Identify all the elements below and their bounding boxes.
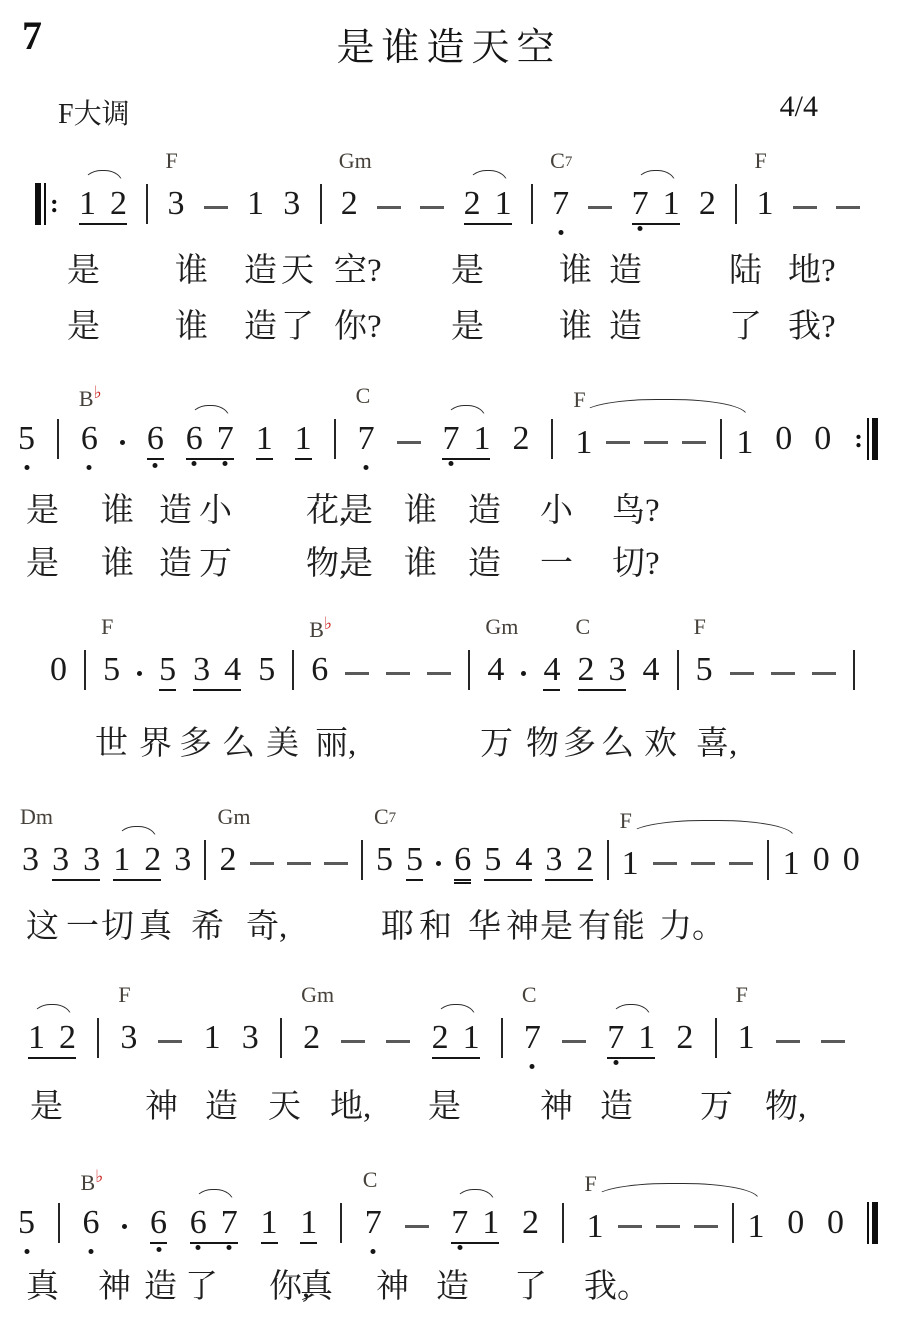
chord-label: F <box>754 150 766 172</box>
lyric-syllable: 造 <box>244 252 277 292</box>
slur-arc <box>455 1189 495 1203</box>
note-digit: 1 <box>247 185 264 222</box>
note-digit: 6 <box>311 651 328 688</box>
note-digit: 3 <box>283 185 300 222</box>
note-digit: 0 <box>775 420 792 457</box>
lyric-line-3: 是谁造小花,是谁造小鸟? <box>0 492 898 536</box>
lyric-syllable: 你? <box>334 308 382 348</box>
note: 4 <box>224 653 241 687</box>
beam-group: 34 <box>193 653 241 691</box>
note: 2Gm <box>219 843 236 881</box>
barline <box>551 419 553 459</box>
barline <box>146 184 148 224</box>
slur-arc <box>636 170 676 184</box>
note-digit: 2 <box>432 1019 449 1056</box>
note-digit: 1 <box>663 185 680 222</box>
note-digit: 5 <box>258 651 275 688</box>
lyric-syllable: 万 <box>480 725 513 765</box>
lyric-syllable: 神 <box>98 1268 131 1308</box>
beam-group: 21 <box>432 1021 480 1059</box>
music-line-2: 56B♭667117C7121F100 <box>18 418 878 460</box>
note: 7 <box>221 1206 238 1240</box>
lyric-syllable: 这 <box>26 908 59 948</box>
beam-group-notes: 71 <box>442 422 490 456</box>
note: 3Dm <box>22 843 39 881</box>
note-digit: 0 <box>814 420 831 457</box>
barline <box>531 184 533 224</box>
barline <box>84 650 86 690</box>
lyric-line-8: 真神造了你,真神造了我。 <box>0 1268 898 1312</box>
flat-icon: ♭ <box>95 1167 103 1187</box>
chord-label: Dm <box>20 806 53 828</box>
lyric-syllable: 神 <box>540 1088 573 1128</box>
note-digit: 5 <box>18 1204 35 1241</box>
barline <box>292 650 294 690</box>
note-digit: 0 <box>787 1204 804 1241</box>
barline-thick <box>35 183 41 225</box>
beam-group-notes: 1F1 <box>622 840 800 881</box>
lyric-syllable: 欢 <box>644 725 677 765</box>
lyric-syllable: 天 <box>281 252 314 292</box>
note-digit: 6 <box>150 1204 167 1241</box>
lyric-syllable: 真 <box>26 1268 59 1308</box>
barline <box>280 1018 282 1058</box>
lyric-syllable: 空? <box>334 252 382 292</box>
final-barline <box>867 1202 878 1244</box>
chord-label: F <box>101 616 113 638</box>
beam-group-notes: 21 <box>464 187 512 221</box>
note-digit: 5 <box>696 651 713 688</box>
note: 4 <box>643 653 660 691</box>
note-digit: 5 <box>484 841 501 878</box>
chord-label: F <box>573 389 585 411</box>
note-digit: 3 <box>174 841 191 878</box>
lyric-syllable: 谁 <box>559 308 592 348</box>
lyric-syllable: 谁 <box>101 492 134 532</box>
duration-dash <box>427 672 451 675</box>
lyric-syllable: 一 <box>66 908 99 948</box>
chord-label: F <box>694 616 706 638</box>
note-digit: 2 <box>464 185 481 222</box>
lyric-syllable: 力。 <box>659 908 725 948</box>
note-digit: 1 <box>482 1204 499 1241</box>
note: 3 <box>52 843 69 877</box>
slur-arc <box>436 1004 476 1018</box>
note: 1 <box>247 187 264 225</box>
note: 1 <box>783 847 800 881</box>
note: 2 <box>432 1021 449 1055</box>
note-digit: 1 <box>736 424 753 461</box>
note: 5 <box>18 422 35 460</box>
barline <box>720 419 722 459</box>
slur-arc <box>83 170 123 184</box>
note-digit: 1 <box>256 420 273 457</box>
barline <box>468 650 470 690</box>
lyric-syllable: 造 <box>159 492 192 532</box>
music-line-5: 123F132Gm217C7121F <box>28 1018 845 1059</box>
duration-dash <box>287 862 311 865</box>
note-digit: 0 <box>50 651 67 688</box>
augmentation-dot <box>120 440 125 445</box>
beam-group-notes: 12 <box>79 187 127 221</box>
beam-group-notes: 71 <box>451 1206 499 1240</box>
note: 5 <box>406 843 423 881</box>
note-digit: 1 <box>783 845 800 882</box>
note-digit: 2 <box>341 185 358 222</box>
note-digit: 1 <box>113 841 130 878</box>
note-digit: 2 <box>522 1204 539 1241</box>
note-digit: 3 <box>193 651 210 688</box>
note-digit: 6 <box>147 420 164 457</box>
note-digit: 2 <box>303 1019 320 1056</box>
lyric-syllable: 物, <box>765 1088 806 1128</box>
note-digit: 2 <box>110 185 127 222</box>
barline <box>735 184 737 224</box>
lyric-syllable: 造 <box>436 1268 469 1308</box>
duration-dash <box>618 1225 642 1228</box>
note: 3F <box>167 187 184 225</box>
duration-dash <box>250 862 274 865</box>
note-digit: 1 <box>28 1019 45 1056</box>
note: 2 <box>144 843 161 877</box>
note-digit: 6 <box>81 420 98 457</box>
note: 0 <box>787 1206 804 1244</box>
lyric-syllable: 美 <box>266 725 299 765</box>
note: 1 <box>638 1021 655 1055</box>
barline-thick <box>872 1202 878 1244</box>
note-digit: 3 <box>242 1019 259 1056</box>
lyric-syllable: 是 <box>67 308 100 348</box>
chord-label: F <box>736 984 748 1006</box>
note: 5F <box>696 653 713 691</box>
beam-group: 12 <box>28 1021 76 1059</box>
note-digit: 4 <box>515 841 532 878</box>
note: 1 <box>256 422 273 460</box>
chord-label: Gm <box>339 150 372 172</box>
note: 1F <box>738 1021 755 1059</box>
note: 4 <box>543 653 560 691</box>
note: 1F <box>587 1210 604 1244</box>
note-digit: 4 <box>224 651 241 688</box>
lyric-syllable: 了 <box>514 1268 547 1308</box>
lyric-syllable: 是 <box>30 1088 63 1128</box>
note-digit: 5 <box>376 841 393 878</box>
note: 2Gm <box>341 187 358 225</box>
beam-group-notes: 54 <box>484 843 532 877</box>
note-digit: 3 <box>609 651 626 688</box>
lyric-syllable: 世 <box>95 725 128 765</box>
lyric-syllable: 耶 <box>381 908 414 948</box>
lyric-syllable: 切? <box>612 545 660 585</box>
note: 1 <box>295 422 312 460</box>
lyric-syllable: 是 <box>26 545 59 585</box>
lyric-syllable: 是 <box>67 252 100 292</box>
lyric-syllable: 谁 <box>404 545 437 585</box>
note-digit: 0 <box>813 841 830 878</box>
lyric-line-1: 是谁造天空?是谁造陆地? <box>0 252 898 296</box>
note: 0 <box>814 422 831 460</box>
note-digit: 3 <box>120 1019 137 1056</box>
note: 1F <box>575 426 592 460</box>
slur-arc <box>446 405 486 419</box>
note: 2C <box>578 653 595 687</box>
note-digit: 6 <box>190 1204 207 1241</box>
barline <box>677 650 679 690</box>
lyric-syllable: 丽, <box>315 725 356 765</box>
beam-group-notes: 71 <box>632 187 680 221</box>
barline <box>320 184 322 224</box>
duration-dash <box>771 672 795 675</box>
duration-dash <box>730 672 754 675</box>
note: 1F <box>622 847 639 881</box>
note: 3 <box>193 653 210 687</box>
note-digit: 2 <box>676 1019 693 1056</box>
lyric-syllable: 造 <box>600 1088 633 1128</box>
chord-label: C <box>363 1169 378 1191</box>
note: 0 <box>843 843 860 881</box>
note-digit: 1 <box>587 1208 604 1245</box>
barline <box>361 840 363 880</box>
lyric-line-5: 世界多么美丽,万物多么欢喜, <box>0 725 898 769</box>
chord-label: Gm <box>485 616 518 638</box>
beam-group-notes: 2C3 <box>578 653 626 687</box>
note-digit: 1 <box>748 1208 765 1245</box>
beam-group-notes: 21 <box>432 1021 480 1055</box>
note: 7 <box>451 1206 468 1240</box>
note: 2 <box>110 187 127 221</box>
note-digit: 1 <box>622 845 639 882</box>
beam-group-notes: 1F1 <box>575 419 753 460</box>
note: 3 <box>609 653 626 687</box>
note: 7 <box>217 422 234 456</box>
lyric-syllable: 谁 <box>175 308 208 348</box>
lyric-syllable: 造 <box>609 252 642 292</box>
note: 1 <box>28 1021 45 1055</box>
note-digit: 1 <box>79 185 96 222</box>
music-line-1: 123F132Gm217C77121F <box>35 183 860 225</box>
note: 5 <box>484 843 501 877</box>
augmentation-dot <box>521 671 526 676</box>
note-digit: 7 <box>632 185 649 222</box>
sheet-music-page: 7 是谁造天空 F大调 4/4 123F132Gm217C77121F56B♭6… <box>0 0 898 1334</box>
note: 5C7 <box>376 843 393 881</box>
lyric-syllable: 了 <box>185 1268 218 1308</box>
note-digit: 7 <box>607 1019 624 1056</box>
note-digit: 7 <box>442 420 459 457</box>
note: 0 <box>813 843 830 881</box>
lyric-syllable: 小 <box>199 492 232 532</box>
note: 2 <box>522 1206 539 1244</box>
note: 1 <box>300 1206 317 1244</box>
note-digit: 6 <box>454 841 471 878</box>
note: 1 <box>463 1021 480 1055</box>
duration-dash <box>793 206 817 209</box>
slur-arc <box>194 1189 234 1203</box>
note-digit: 1 <box>473 420 490 457</box>
note: 2 <box>676 1021 693 1059</box>
note: 2Gm <box>303 1021 320 1059</box>
duration-dash <box>606 441 630 444</box>
duration-dash <box>821 1040 845 1043</box>
lyric-syllable: 造 <box>159 545 192 585</box>
note-digit: 3 <box>545 841 562 878</box>
beam-group: 71 <box>632 187 680 225</box>
lyric-syllable: 天 <box>268 1088 301 1128</box>
duration-dash <box>729 862 753 865</box>
note-digit: 0 <box>827 1204 844 1241</box>
tie-arc <box>593 1183 759 1199</box>
slur-arc <box>117 826 157 840</box>
note: 6B♭ <box>311 653 328 691</box>
beam-group-notes: 71 <box>607 1021 655 1055</box>
note-digit: 7 <box>365 1204 382 1241</box>
lyric-syllable: 地? <box>788 252 836 292</box>
lyric-syllable: 是 <box>428 1088 461 1128</box>
beam-group: 54 <box>484 843 532 881</box>
lyric-syllable: 万 <box>700 1088 733 1128</box>
chord-label: C <box>356 385 371 407</box>
lyric-syllable: 小 <box>540 492 573 532</box>
lyric-line-6: 这一切真希奇,耶和华神是有能力。 <box>0 908 898 952</box>
beam-group: 71 <box>607 1021 655 1059</box>
augmentation-dot <box>436 861 441 866</box>
note: 3 <box>242 1021 259 1059</box>
lyric-line-7: 是神造天地,是神造万物, <box>0 1088 898 1132</box>
augmentation-dot <box>122 1224 127 1229</box>
duration-dash <box>588 206 612 209</box>
note: 7 <box>442 422 459 456</box>
tie-group: 1F1 <box>622 840 800 881</box>
note: 6B♭ <box>83 1206 100 1244</box>
lyric-syllable: 希 <box>191 908 224 948</box>
beam-group-notes: 33 <box>52 843 100 877</box>
note-digit: 2 <box>699 185 716 222</box>
note-digit: 2 <box>578 651 595 688</box>
note-digit: 7 <box>552 185 569 222</box>
note-digit: 2 <box>59 1019 76 1056</box>
note: 7C <box>365 1206 382 1244</box>
beam-group-notes: 34 <box>193 653 241 687</box>
chord-label: C <box>576 616 591 638</box>
beam-group-notes: 32 <box>545 843 593 877</box>
note: 6 <box>186 422 203 456</box>
duration-dash <box>324 862 348 865</box>
lyric-syllable: 华 <box>468 908 501 948</box>
lyric-syllable: 一 <box>540 545 573 585</box>
note-digit: 5 <box>406 841 423 878</box>
duration-dash <box>341 1040 365 1043</box>
note-digit: 5 <box>103 651 120 688</box>
note-digit: 4 <box>487 651 504 688</box>
lyric-syllable: 陆 <box>729 252 762 292</box>
chord-label: C <box>522 984 537 1006</box>
note-digit: 7 <box>451 1204 468 1241</box>
lyric-syllable: 是 <box>340 492 373 532</box>
note-digit: 7 <box>221 1204 238 1241</box>
tie-group: 1F1 <box>587 1203 765 1244</box>
music-line-4: 3Dm331232Gm5C75654321F100 <box>22 840 860 881</box>
duration-dash <box>562 1040 586 1043</box>
beam-group: 12 <box>113 843 161 881</box>
flat-icon: ♭ <box>324 614 332 634</box>
lyric-syllable: 么 <box>222 725 255 765</box>
lyric-syllable: 是 <box>540 908 573 948</box>
duration-dash <box>386 672 410 675</box>
beam-group-notes: 12 <box>113 843 161 877</box>
note: 7C <box>524 1021 541 1059</box>
lyric-syllable: 神 <box>145 1088 178 1128</box>
lyric-syllable: 奇, <box>246 908 287 948</box>
lyric-syllable: 是 <box>26 492 59 532</box>
lyric-syllable: 谁 <box>404 492 437 532</box>
chord-label: B♭ <box>309 616 332 641</box>
note-digit: 1 <box>738 1019 755 1056</box>
lyric-syllable: 真 <box>300 1268 333 1308</box>
duration-dash <box>682 441 706 444</box>
note: 2 <box>464 187 481 221</box>
lyric-syllable: 我? <box>788 308 836 348</box>
duration-dash <box>644 441 668 444</box>
duration-dash <box>345 672 369 675</box>
note: 1 <box>736 426 753 460</box>
note-digit: 1 <box>300 1204 317 1241</box>
barline <box>501 1018 503 1058</box>
chord-label: C7 <box>550 150 572 172</box>
beam-group: 33 <box>52 843 100 881</box>
lyric-syllable: 能 <box>612 908 645 948</box>
beam-group: 67 <box>190 1206 238 1244</box>
chord-label: F <box>165 150 177 172</box>
note: 3 <box>283 187 300 225</box>
note: 6 <box>147 422 164 460</box>
note: 1 <box>113 843 130 877</box>
note-digit: 7 <box>524 1019 541 1056</box>
tie-arc <box>581 399 747 415</box>
slur-arc <box>32 1004 72 1018</box>
duration-dash <box>204 206 228 209</box>
lyric-syllable: 鸟? <box>612 492 660 532</box>
lyric-syllable: 是 <box>340 545 373 585</box>
note: 2 <box>59 1021 76 1055</box>
beam-group: 2C3 <box>578 653 626 691</box>
note-digit: 2 <box>512 420 529 457</box>
duration-dash <box>158 1040 182 1043</box>
beam-group-notes: 12 <box>28 1021 76 1055</box>
note: 4Gm <box>487 653 504 691</box>
barline <box>58 1203 60 1243</box>
chord-label: F <box>585 1173 597 1195</box>
lyric-syllable: 是 <box>451 252 484 292</box>
beam-group-notes: 1F1 <box>587 1203 765 1244</box>
beam-group-notes: 67 <box>190 1206 238 1240</box>
note-digit: 1 <box>575 424 592 461</box>
note-digit: 3 <box>83 841 100 878</box>
note: 0 <box>775 422 792 460</box>
barline <box>715 1018 717 1058</box>
note: 7C7 <box>552 187 569 225</box>
tie-arc <box>628 820 794 836</box>
duration-dash <box>405 1225 429 1228</box>
duration-dash <box>397 441 421 444</box>
lyric-syllable: 造 <box>205 1088 238 1128</box>
note: 1 <box>473 422 490 456</box>
note-digit: 2 <box>144 841 161 878</box>
note-digit: 4 <box>643 651 660 688</box>
duration-dash <box>377 206 401 209</box>
duration-dash <box>691 862 715 865</box>
lyric-syllable: 神 <box>506 908 539 948</box>
note: 1 <box>748 1210 765 1244</box>
